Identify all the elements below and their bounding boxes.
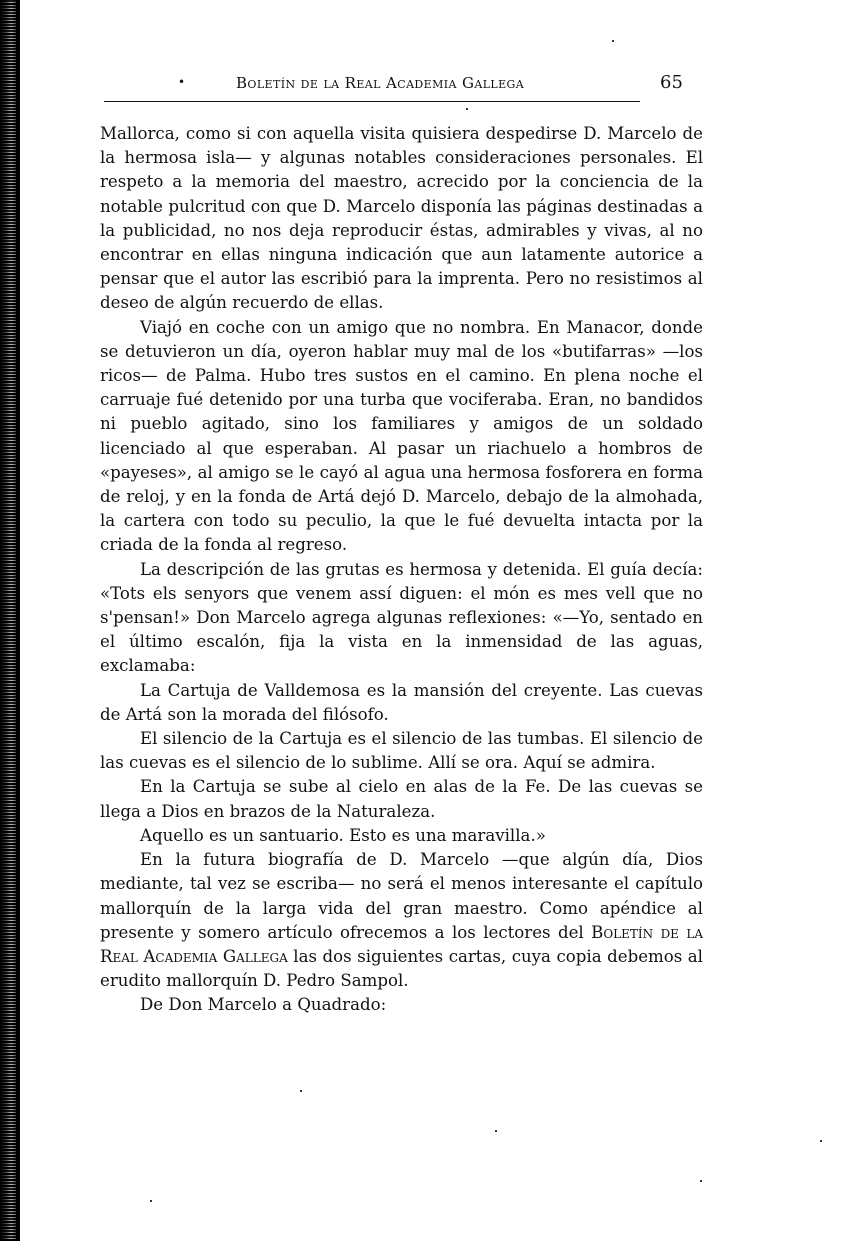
scan-speck <box>700 1180 702 1182</box>
header-rule <box>104 101 640 102</box>
paragraph: En la futura biografía de D. Marcelo —qu… <box>100 848 703 993</box>
running-title: Boletín de la Real Academia Gallega <box>236 74 524 92</box>
scan-speck <box>300 1090 302 1092</box>
page-number: 65 <box>660 72 683 93</box>
paragraph: La Cartuja de Valldemosa es la mansión d… <box>100 679 703 727</box>
page-header: • Boletín de la Real Academia Gallega 65 <box>104 72 680 98</box>
scan-speck <box>150 1200 152 1202</box>
scan-speck <box>466 108 468 110</box>
letter-heading: De Don Marcelo a Quadrado: <box>100 993 703 1017</box>
paragraph: Viajó en coche con un amigo que no nombr… <box>100 316 703 558</box>
paragraph: La descripción de las grutas es hermosa … <box>100 558 703 679</box>
paragraph: En la Cartuja se sube al cielo en alas d… <box>100 775 703 823</box>
header-bullet: • <box>178 75 185 89</box>
scan-speck <box>495 1130 497 1132</box>
scan-speck <box>612 40 614 42</box>
paragraph: El silencio de la Cartuja es el silencio… <box>100 727 703 775</box>
paragraph: Mallorca, como si con aquella visita qui… <box>100 122 703 316</box>
body-text: Mallorca, como si con aquella visita qui… <box>100 122 703 1018</box>
paragraph: Aquello es un santuario. Esto es una mar… <box>100 824 703 848</box>
scan-speck <box>820 1140 822 1142</box>
binding-edge <box>16 0 19 1241</box>
